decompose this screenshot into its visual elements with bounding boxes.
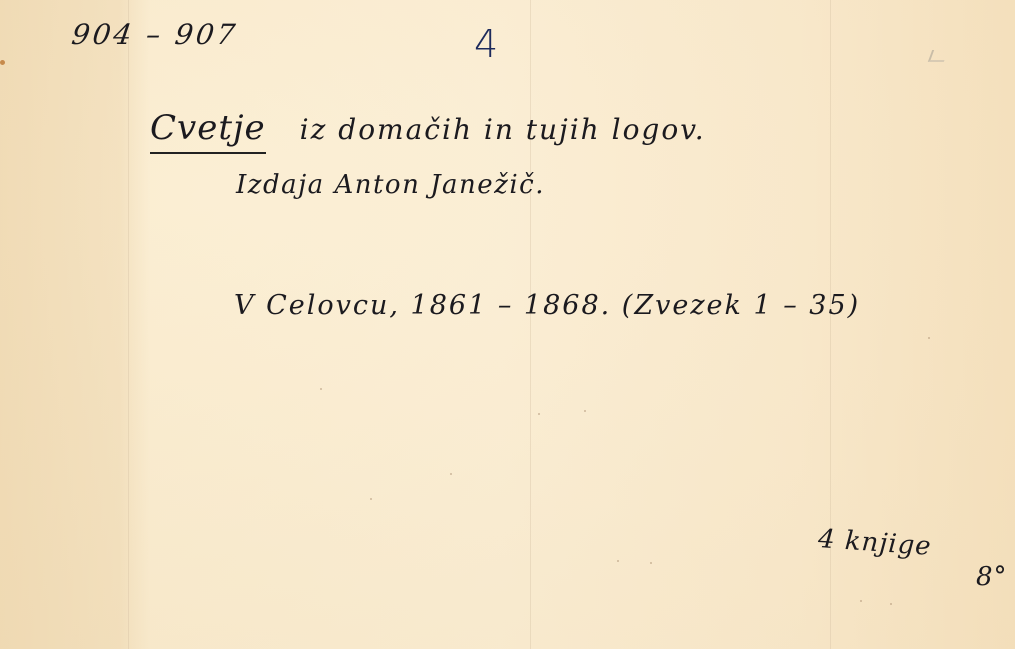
paper-fold-line [530,0,531,649]
format-note: 8° [976,562,1008,592]
paper-speck [584,410,586,412]
extent-note: 4 knjige [817,524,933,562]
volume-count-mark: 4 [474,22,499,66]
shelfmark: 904 – 907 [70,18,240,51]
paper-speck [450,473,452,475]
stain-mark [0,60,5,65]
title-line: Cvetjeiz domačih in tujih logov. [150,108,706,154]
imprint-line: V Celovcu, 1861 – 1868. (Zvezek 1 – 35) [234,290,860,321]
paper-speck [650,562,652,564]
paper-speck [860,600,862,602]
title-rest: iz domačih in tujih logov. [300,113,706,146]
title-main: Cvetje [150,108,266,154]
paper-speck [538,413,540,415]
paper-speck [890,603,892,605]
paper-speck [370,498,372,500]
paper-fold-line [128,0,129,649]
paper-speck [320,388,322,390]
paper-speck [617,560,619,562]
paper-speck [928,337,930,339]
publisher-line: Izdaja Anton Janežič. [236,170,545,200]
check-mark-icon [928,50,948,62]
catalog-card: 904 – 907 4 Cvetjeiz domačih in tujih lo… [0,0,1015,649]
